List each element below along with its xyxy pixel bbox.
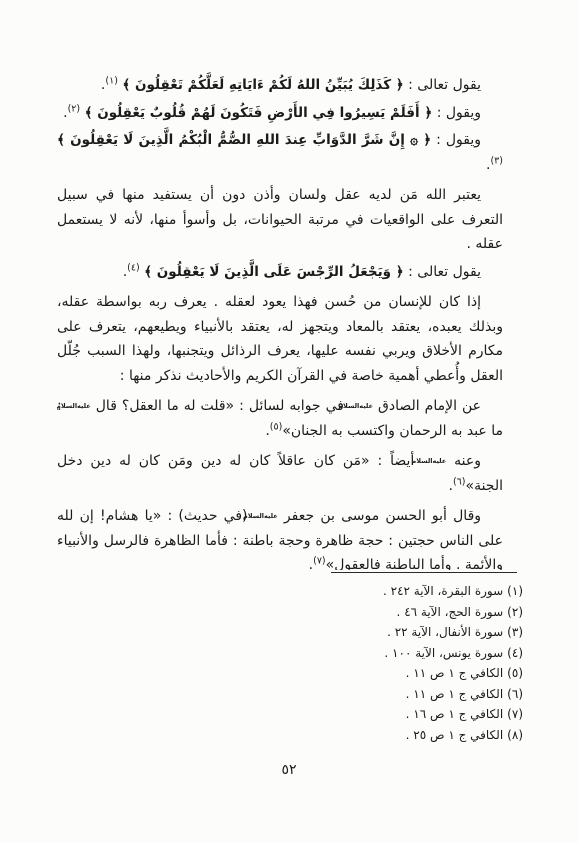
hadith-text: في جوابه لسائل : «قلت له ما العقل؟ قال xyxy=(96,398,344,414)
footnote-text: الكافي ج ١ ص ٢٥ . xyxy=(406,728,504,742)
footnote-text: الكافي ج ١ ص ١٦ . xyxy=(406,707,504,721)
hadith-paragraph-2: وعنه عليه‌السلام أيضاً : «مَن كان عاقلاً… xyxy=(57,449,503,498)
footnote-ref-7: (٧) xyxy=(313,555,326,566)
hadith-lead: وعنه xyxy=(454,453,481,469)
hadith-paragraph-1: عن الإمام الصادق عليه‌السلام في جوابه لس… xyxy=(57,394,503,443)
quran-verse-text: ﴿ كَذَلِكَ يُبَيِّنُ اللهُ لَكُمْ ءَايَا… xyxy=(122,77,403,93)
footnote-item-4: (٤)سورة يونس، الآية ١٠٠ . xyxy=(40,643,523,664)
footnote-text: سورة الحج، الآية ٤٦ . xyxy=(397,605,504,619)
alayhis-salam-symbol: عليه‌السلام xyxy=(422,458,446,465)
hadith-paragraph-3: وقال أبو الحسن موسى بن جعفر عليه‌السلام … xyxy=(57,504,503,570)
alayhis-salam-symbol: عليه‌السلام xyxy=(254,513,278,520)
verse-intro: ويقول : xyxy=(437,105,481,121)
footnote-item-1: (١)سورة البقرة، الآية ٢٤٢ . xyxy=(40,581,523,602)
page-number: ٥٢ xyxy=(0,762,578,778)
quran-verse-text: ﴿ وَيَجْعَلُ الرِّجْسَ عَلَى الَّذِينَ ل… xyxy=(144,264,404,280)
footnote-number: (٦) xyxy=(507,684,523,705)
footnote-number: (٤) xyxy=(507,643,523,664)
body-paragraph-1: يعتبر الله مَن لديه عقل ولسان وأذن دون أ… xyxy=(57,183,503,257)
alayhis-salam-symbol: عليه‌السلام xyxy=(349,403,373,410)
footnote-item-6: (٦)الكافي ج ١ ص ١١ . xyxy=(40,684,523,705)
footnote-text: سورة الأنفال، الآية ٢٢ . xyxy=(387,625,503,639)
footnote-text: سورة البقرة، الآية ٢٤٢ . xyxy=(383,584,503,598)
verse-intro: يقول تعالى : xyxy=(408,77,481,93)
footnote-separator xyxy=(331,572,517,573)
footnote-ref-2: (٢) xyxy=(68,103,81,114)
page-body: يقول تعالى : ﴿ كَذَلِكَ يُبَيِّنُ اللهُ … xyxy=(57,70,503,570)
body-paragraph-2: إذا كان للإنسان من حُسن فهذا يعود لعقله … xyxy=(57,290,503,388)
hadith-lead: وقال أبو الحسن موسى بن جعفر xyxy=(284,508,481,524)
footnote-number: (٢) xyxy=(507,602,523,623)
footnote-number: (٥) xyxy=(507,663,523,684)
footnote-ref-4: (٤) xyxy=(127,262,140,273)
footnote-number: (٣) xyxy=(507,622,523,643)
footnote-number: (١) xyxy=(507,581,523,602)
book-page: يقول تعالى : ﴿ كَذَلِكَ يُبَيِّنُ اللهُ … xyxy=(0,0,578,843)
quran-verse-line-3: ويقول : ﴿ ۞ إِنَّ شَرَّ الدَّوَابِّ عِند… xyxy=(57,128,503,177)
footnote-item-3: (٣)سورة الأنفال، الآية ٢٢ . xyxy=(40,622,523,643)
quran-verse-text: ﴿ أَفَلَمْ يَسِيرُوا فِي الأَرْضِ فَتَكُ… xyxy=(85,105,433,121)
alayhis-salam-symbol: عليه‌السلام xyxy=(67,403,91,410)
quran-verse-line-4: يقول تعالى : ﴿ وَيَجْعَلُ الرِّجْسَ عَلَ… xyxy=(57,260,503,285)
footnote-number: (٧) xyxy=(507,704,523,725)
quran-verse-line-1: يقول تعالى : ﴿ كَذَلِكَ يُبَيِّنُ اللهُ … xyxy=(57,73,503,98)
footnote-text: الكافي ج ١ ص ١١ . xyxy=(406,687,504,701)
verse-intro: ويقول : xyxy=(436,132,481,148)
verse-intro: يقول تعالى : xyxy=(408,264,481,280)
footnote-item-8: (٨)الكافي ج ١ ص ٢٥ . xyxy=(40,725,523,746)
quran-verse-text: ﴿ ۞ إِنَّ شَرَّ الدَّوَابِّ عِندَ اللهِ … xyxy=(57,132,431,148)
footnote-ref-1: (١) xyxy=(105,75,118,86)
footnote-text: سورة يونس، الآية ١٠٠ . xyxy=(384,646,503,660)
footnote-item-5: (٥)الكافي ج ١ ص ١١ . xyxy=(40,663,523,684)
footnote-number: (٨) xyxy=(507,725,523,746)
footnote-item-7: (٧)الكافي ج ١ ص ١٦ . xyxy=(40,704,523,725)
footnotes-section: (١)سورة البقرة، الآية ٢٤٢ . (٢)سورة الحج… xyxy=(40,572,523,745)
footnote-ref-3: (٣) xyxy=(490,155,503,166)
footnote-ref-6: (٦) xyxy=(453,476,466,487)
quran-verse-line-2: ويقول : ﴿ أَفَلَمْ يَسِيرُوا فِي الأَرْض… xyxy=(57,101,503,126)
hadith-lead: عن الإمام الصادق xyxy=(378,398,481,414)
footnote-item-2: (٢)سورة الحج، الآية ٤٦ . xyxy=(40,602,523,623)
footnote-text: الكافي ج ١ ص ١١ . xyxy=(406,666,504,680)
footnote-ref-5: (٥) xyxy=(270,421,283,432)
